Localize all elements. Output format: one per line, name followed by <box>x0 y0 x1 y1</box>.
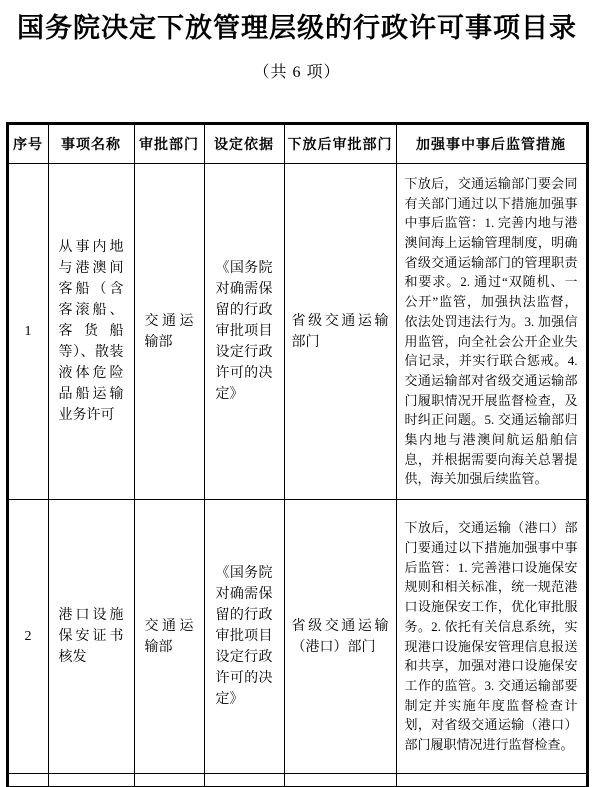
cell-item-name: 从事内地与港澳间客船（含客滚船、客货船等）、散装液体危险品船运输业务许可 <box>48 164 134 500</box>
header-cell-approval-dept: 审批部门 <box>134 124 204 164</box>
cell-supervision-measures <box>396 774 587 787</box>
header-cell-basis: 设定依据 <box>204 124 284 164</box>
cell-item-name: 港口设施保安证书核发 <box>48 500 134 774</box>
table-row: 2 港口设施保安证书核发 交通运输部 《国务院对确需保留的行政审批项目设定行政许… <box>7 500 587 774</box>
cell-row-number <box>7 774 48 787</box>
cell-post-delegation-dept: 省级交通运输（港口）部门 <box>284 500 396 774</box>
cell-supervision-measures: 下放后，交通运输部门要会同有关部门通过以下措施加强事中事后监管：1. 完善内地与… <box>396 164 587 500</box>
cell-post-delegation-dept <box>284 774 396 787</box>
cell-basis: 《国务院对确需保留的行政审批项目设定行政许可的决定》 <box>204 500 284 774</box>
table-row: 1 从事内地与港澳间客船（含客滚船、客货船等）、散装液体危险品船运输业务许可 交… <box>7 164 587 500</box>
page-subtitle: （共 6 项） <box>0 59 594 82</box>
header-cell-post-delegation-dept: 下放后审批部门 <box>284 124 396 164</box>
cell-row-number: 2 <box>7 500 48 774</box>
licensing-items-table: 序号 事项名称 审批部门 设定依据 下放后审批部门 加强事中事后监管措施 1 从… <box>6 122 589 787</box>
cell-item-name <box>48 774 134 787</box>
header-cell-index: 序号 <box>7 124 48 164</box>
header-cell-item-name: 事项名称 <box>48 124 134 164</box>
cell-post-delegation-dept: 省级交通运输部门 <box>284 164 396 500</box>
cell-basis <box>204 774 284 787</box>
header-cell-supervision-measures: 加强事中事后监管措施 <box>396 124 587 164</box>
cell-approval-dept: 交通运输部 <box>134 164 204 500</box>
cell-row-number: 1 <box>7 164 48 500</box>
cell-basis: 《国务院对确需保留的行政审批项目设定行政许可的决定》 <box>204 164 284 500</box>
document-page: 国务院决定下放管理层级的行政许可事项目录 （共 6 项） 序号 事项名称 审批部… <box>0 0 594 787</box>
cell-supervision-measures: 下放后，交通运输（港口）部门要通过以下措施加强事中事后监管：1. 完善港口设施保… <box>396 500 587 774</box>
cell-approval-dept: 交通运输部 <box>134 500 204 774</box>
cell-approval-dept <box>134 774 204 787</box>
page-title: 国务院决定下放管理层级的行政许可事项目录 <box>0 0 594 44</box>
table-row-partial <box>7 774 587 787</box>
table-header-row: 序号 事项名称 审批部门 设定依据 下放后审批部门 加强事中事后监管措施 <box>7 124 587 164</box>
